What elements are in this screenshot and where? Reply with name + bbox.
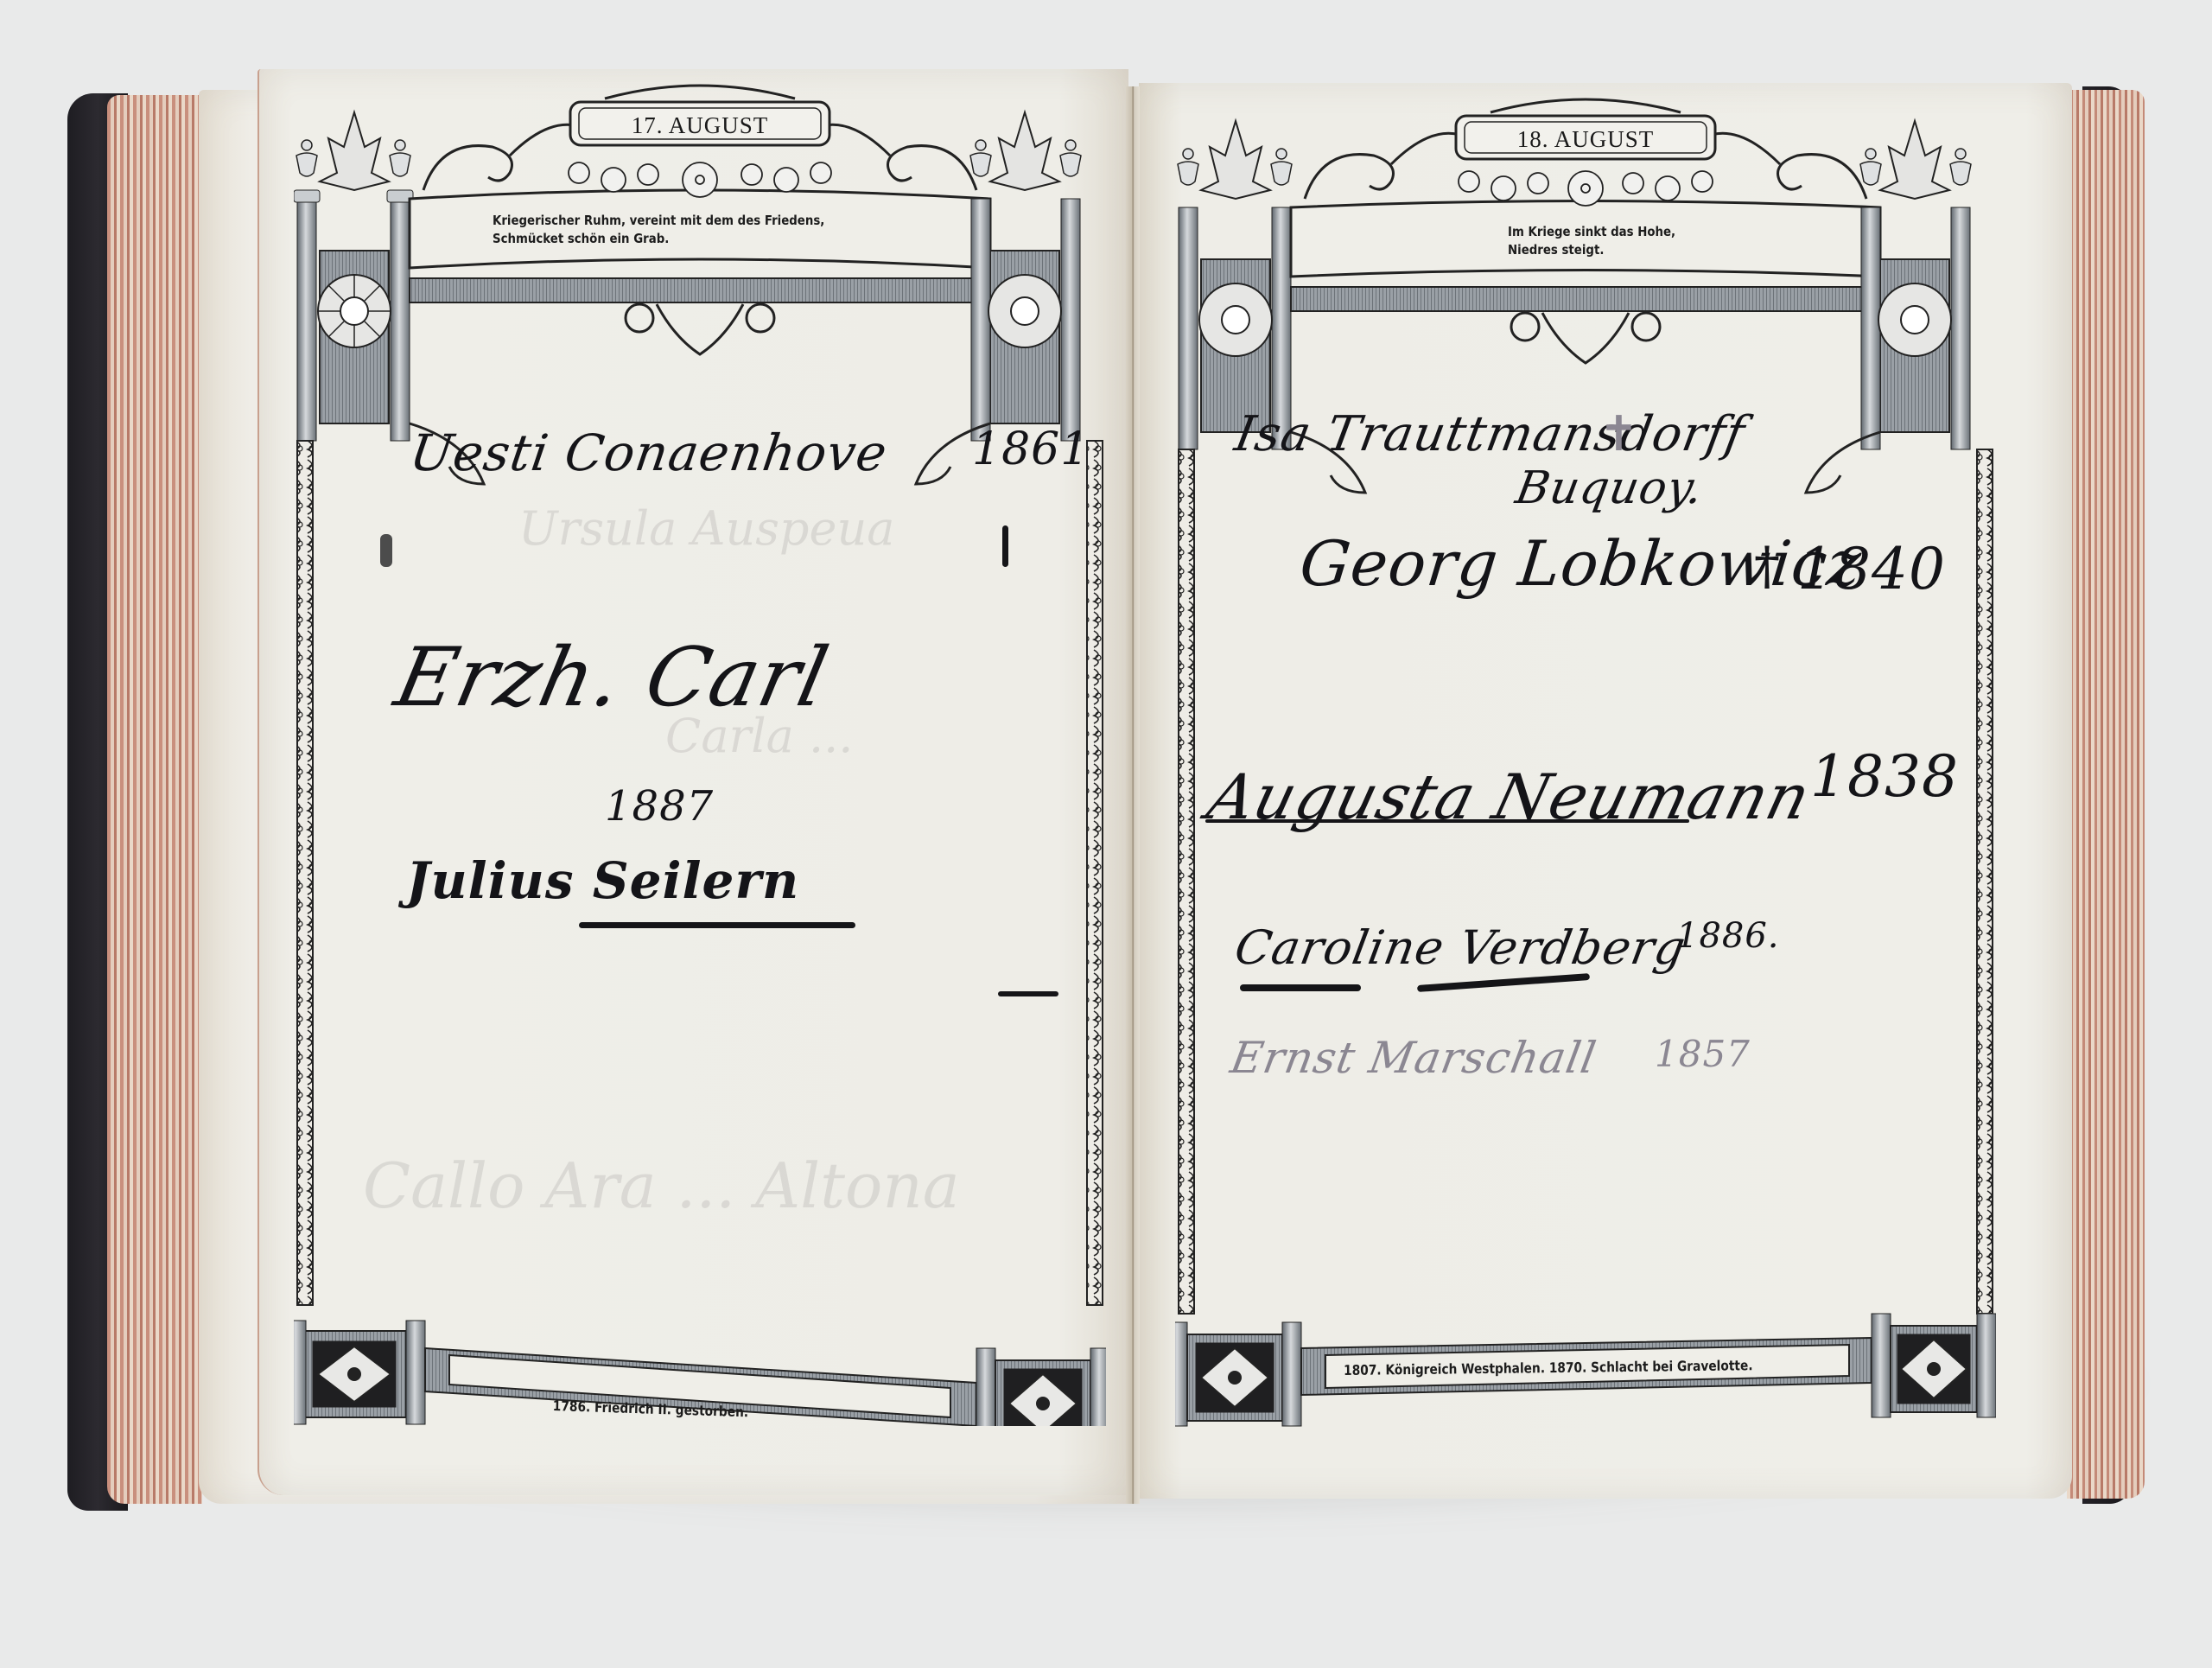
ink-stroke [998, 991, 1058, 996]
signature-name: Uesti Conaenhove [406, 423, 891, 482]
ink-stroke [1002, 525, 1008, 567]
page-edges-right [2067, 90, 2145, 1499]
ink-blot [380, 534, 392, 567]
cross-mark: ✝ [1599, 406, 1640, 462]
signature-name: Erzh. Carl [387, 631, 836, 725]
signature-year: 1838 [1810, 743, 1959, 810]
page-edges-left [107, 95, 202, 1504]
bleed-through-text: Callo Ara ... Altona [363, 1149, 960, 1222]
signature-year: 1886. [1676, 916, 1780, 956]
signature-name: Ernst Marschall [1227, 1033, 1600, 1083]
signature-year: 1887 [605, 782, 714, 831]
signature-year: 1840 [1797, 536, 1946, 602]
right-page-motto-line2: Niedres steigt. [1508, 241, 1604, 258]
signature-underline [579, 922, 855, 928]
left-page-date: 17. AUGUST [579, 112, 821, 139]
book-gutter [1126, 86, 1140, 1504]
signature-name: Buquoy. [1512, 462, 1707, 514]
signature-name: Isa Trauttmansdorff [1230, 406, 1749, 462]
signature-year: 1857 [1655, 1033, 1751, 1075]
cross-mark: † [1754, 536, 1781, 596]
signature-underline [1240, 984, 1361, 991]
signature-name: Caroline Verdberg [1230, 920, 1690, 975]
left-page-motto-line2: Schmücket schön ein Grab. [493, 230, 669, 247]
bleed-through-text: Ursula Auspeua [518, 501, 894, 556]
right-page-date: 18. AUGUST [1465, 126, 1707, 153]
right-page-motto-line1: Im Kriege sinkt das Hohe, [1508, 223, 1675, 240]
signature-underline [1205, 819, 1689, 823]
signature-year: 1861 [972, 423, 1090, 475]
signature-name: Julius Seilern [406, 851, 799, 910]
left-page-motto-line1: Kriegerischer Ruhm, vereint mit dem des … [493, 212, 824, 229]
